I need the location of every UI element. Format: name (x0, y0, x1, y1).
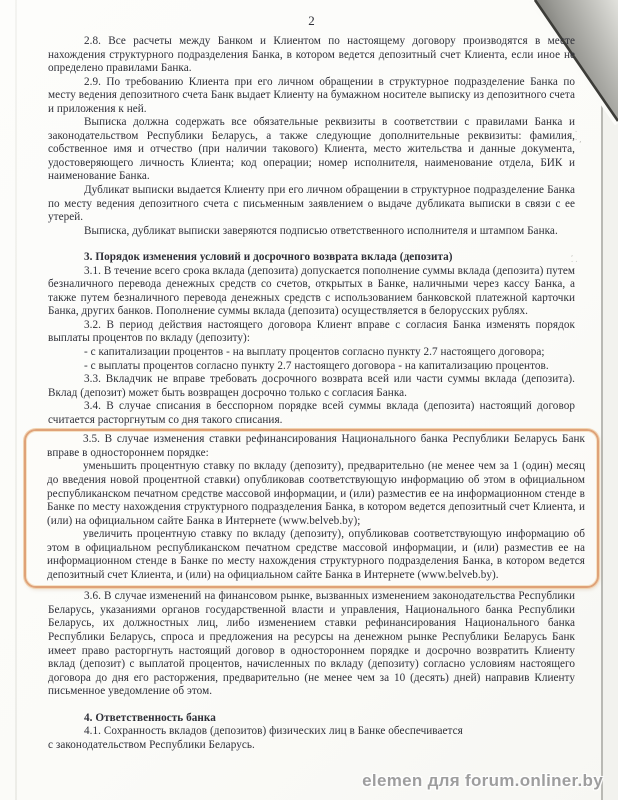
paragraph-3-2-item-1: - с капитализации процентов - на выплату… (48, 346, 575, 360)
section-4-heading: 4. Ответственность банка (48, 712, 575, 726)
paragraph-3-3: 3.3. Вкладчик не вправе требовать досроч… (48, 373, 575, 400)
section-3-heading: 3. Порядок изменения условий и досрочног… (48, 251, 575, 265)
paragraph-3-6: 3.6. В случае изменений на финансовом ры… (48, 590, 575, 698)
paragraph-vypiska-requisites: Выписка должна содержать все обязательны… (48, 116, 575, 184)
paragraph-4-1: 4.1. Сохранность вкладов (депозитов) физ… (48, 725, 575, 739)
paragraph-dublikat: Дубликат выписки выдается Клиенту при ег… (48, 184, 575, 225)
scanned-document-page: 2 2.8. Все расчеты между Банком и Клиент… (0, 0, 618, 800)
paragraph-3-5-increase: увеличить процентную ставку по вкладу (д… (47, 528, 585, 582)
paragraph-3-5-decrease: уменьшить процентную ставку по вкладу (д… (47, 460, 585, 528)
paragraph-3-5: 3.5. В случае изменения ставки рефинанси… (47, 433, 585, 460)
paragraph-4-1-continuation: с законодательством Республики Беларусь. (48, 739, 575, 753)
paragraph-2-8: 2.8. Все расчеты между Банком и Клиентом… (48, 35, 575, 76)
paragraph-3-2-item-2: - с выплаты процентов согласно пункту 2.… (48, 360, 575, 374)
paragraph-3-2: 3.2. В период действия настоящего догово… (48, 319, 575, 346)
scan-artifact: , ·· (570, 250, 584, 256)
scan-artifact: · ·, (574, 128, 590, 134)
paragraph-3-1: 3.1. В течение всего срока вклада (депоз… (48, 265, 575, 319)
highlight-annotation-box: 3.5. В случае изменения ставки рефинанси… (24, 429, 599, 588)
page-number: 2 (48, 13, 575, 29)
document-content: 2 2.8. Все расчеты между Банком и Клиент… (0, 0, 618, 752)
watermark: elemen для forum.onliner.by (362, 771, 603, 791)
paragraph-3-4: 3.4. В случае списания в бесспорном поря… (48, 400, 575, 427)
paragraph-zaverenie: Выписка, дубликат выписки заверяются под… (48, 225, 575, 239)
paragraph-2-9: 2.9. По требованию Клиента при его лично… (48, 76, 575, 117)
